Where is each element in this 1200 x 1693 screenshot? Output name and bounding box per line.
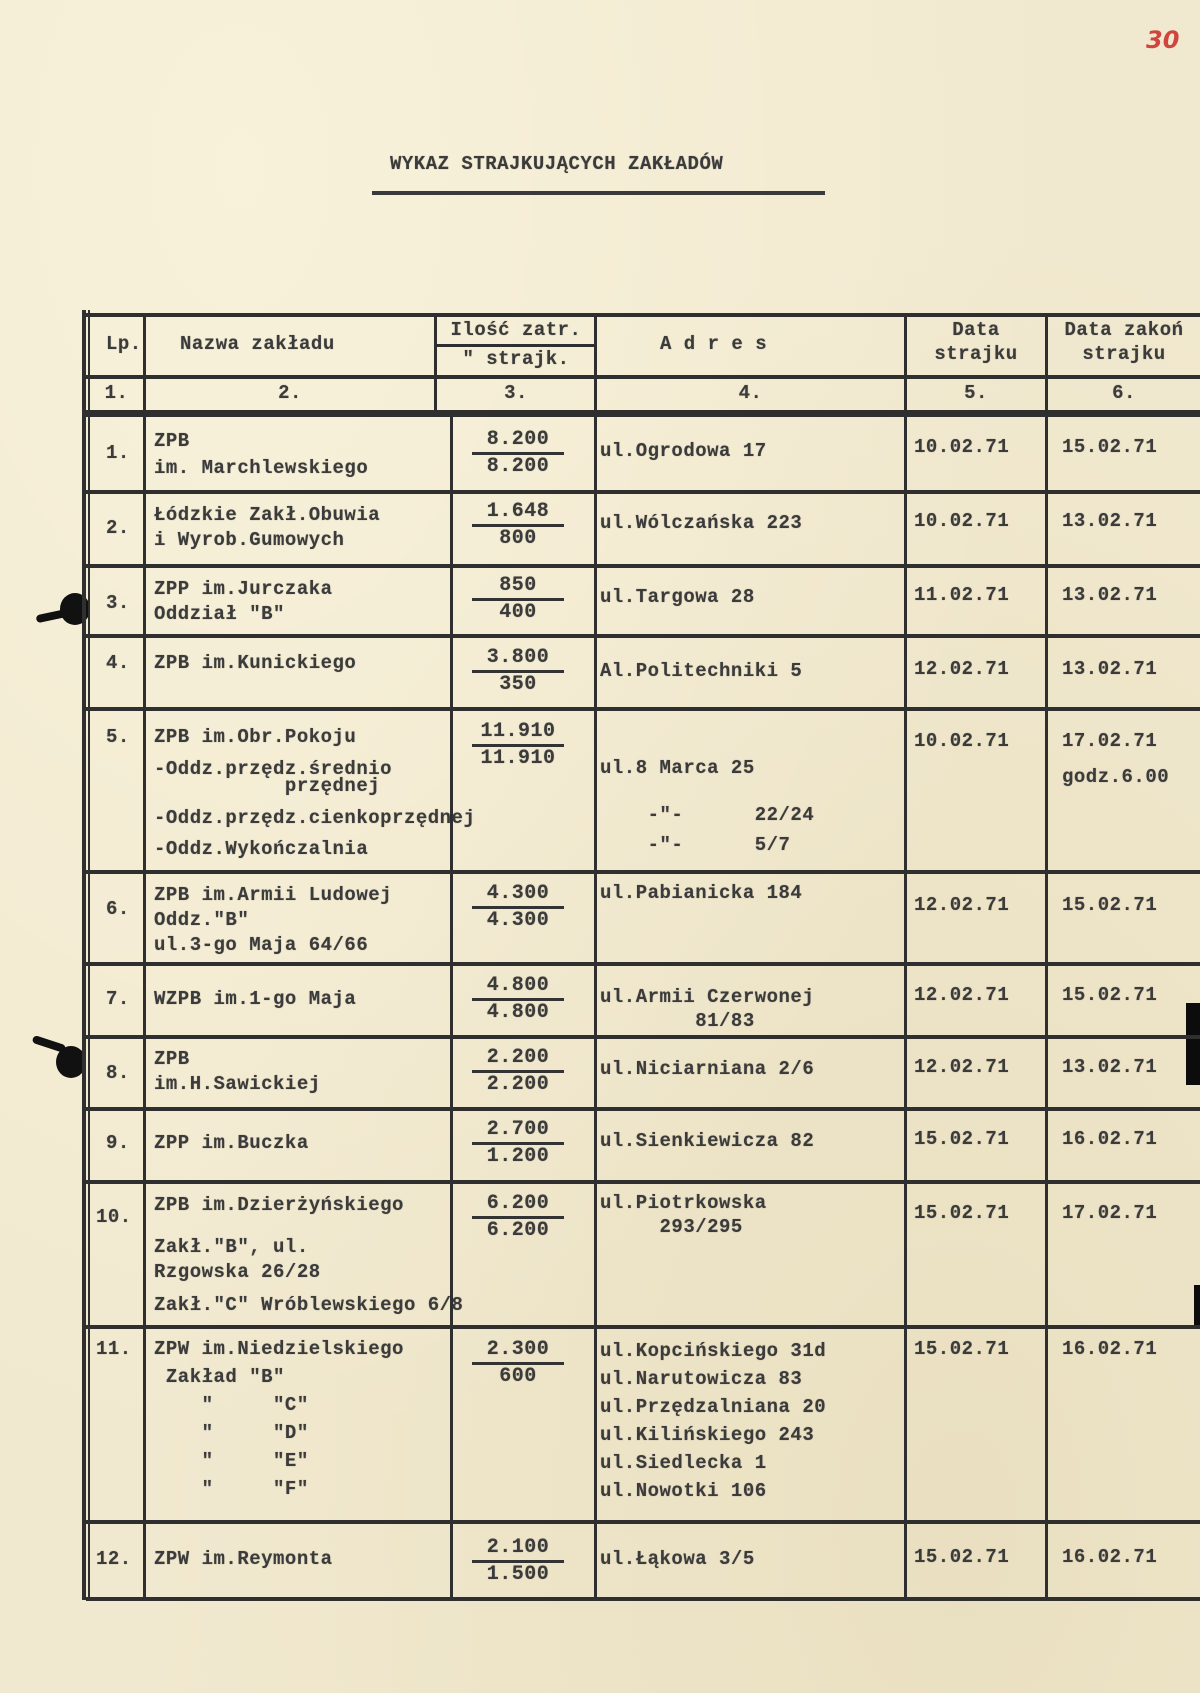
employed-count: 2.200 (468, 1046, 568, 1070)
row-address: ul.Kilińskiego 243 (600, 1422, 814, 1449)
row-end-date: 16.02.71 (1062, 1126, 1157, 1153)
row-lp: 1. (106, 440, 130, 467)
row-name: -Oddz.przędz.cienkoprzędnej (154, 805, 475, 832)
employee-fraction: 3.800350 (468, 646, 568, 697)
row-name: WZPB im.1-go Maja (154, 986, 356, 1013)
row-address: ul.Targowa 28 (600, 584, 755, 611)
row-end-date: 13.02.71 (1062, 1054, 1157, 1081)
row-address: ul.Kopcińskiego 31d (600, 1338, 826, 1365)
row-name: ZPB im.Dzierżyńskiego (154, 1192, 404, 1219)
row-start-date: 10.02.71 (914, 728, 1009, 755)
row-end-date: 13.02.71 (1062, 508, 1157, 535)
employee-fraction: 2.7001.200 (468, 1118, 568, 1169)
row-divider (86, 1520, 1200, 1524)
column-divider (450, 413, 453, 1600)
row-lp: 2. (106, 515, 130, 542)
row-end-date: 13.02.71 (1062, 582, 1157, 609)
row-address: ul.8 Marca 25 (600, 755, 755, 782)
row-name: Oddz."B" (154, 907, 249, 934)
header-address: A d r e s (660, 332, 767, 357)
row-start-date: 12.02.71 (914, 892, 1009, 919)
row-start-date: 15.02.71 (914, 1126, 1009, 1153)
employee-fraction: 2.1001.500 (468, 1536, 568, 1587)
employed-count: 6.200 (468, 1192, 568, 1216)
row-start-date: 10.02.71 (914, 508, 1009, 535)
row-divider (86, 1107, 1200, 1111)
employed-count: 850 (468, 574, 568, 598)
header-striking: " strajk. (437, 347, 595, 372)
striking-count: 11.910 (468, 747, 568, 771)
header-end-date: Data zakoń (1048, 318, 1200, 343)
employed-count: 4.800 (468, 974, 568, 998)
document-title: WYKAZ STRAJKUJĄCYCH ZAKŁADÓW (390, 153, 723, 175)
row-end-date: 17.02.71 (1062, 1200, 1157, 1227)
column-number: 3. (437, 380, 595, 407)
title-underline (372, 191, 825, 195)
row-name: " "C" (154, 1392, 309, 1419)
row-end-date: 15.02.71 (1062, 434, 1157, 461)
row-name: Rzgowska 26/28 (154, 1259, 321, 1286)
row-address: ul.Wólczańska 223 (600, 510, 802, 537)
row-start-date: 12.02.71 (914, 1054, 1009, 1081)
employed-count: 11.910 (468, 720, 568, 744)
employee-fraction: 1.648800 (468, 500, 568, 551)
row-lp: 9. (106, 1130, 130, 1157)
column-divider (1045, 315, 1048, 1600)
header-start-date: Data (907, 318, 1045, 343)
row-divider (86, 1035, 1200, 1039)
row-end-date: 17.02.71 (1062, 728, 1157, 755)
row-name: Oddział "B" (154, 601, 285, 628)
row-lp: 6. (106, 896, 130, 923)
row-name: ZPB im.Kunickiego (154, 650, 356, 677)
column-divider (143, 315, 146, 1600)
row-start-date: 15.02.71 (914, 1336, 1009, 1363)
employee-fraction: 850400 (468, 574, 568, 625)
row-name: " "F" (154, 1476, 309, 1503)
row-lp: 5. (106, 724, 130, 751)
row-start-date: 12.02.71 (914, 656, 1009, 683)
row-divider (86, 1180, 1200, 1184)
row-name: ul.3-go Maja 64/66 (154, 932, 368, 959)
row-name: i Wyrob.Gumowych (154, 527, 344, 554)
row-lp: 3. (106, 590, 130, 617)
employed-count: 2.100 (468, 1536, 568, 1560)
row-name: im. Marchlewskiego (154, 455, 368, 482)
employee-fraction: 4.3004.300 (468, 882, 568, 933)
employed-count: 8.200 (468, 428, 568, 452)
header-start-date-2: strajku (907, 342, 1045, 367)
row-divider (86, 564, 1200, 568)
employee-fraction: 4.8004.800 (468, 974, 568, 1025)
row-lp: 7. (106, 986, 130, 1013)
header-lp: Lp. (106, 332, 142, 357)
row-name: przędnej (154, 773, 380, 800)
row-divider (86, 375, 1200, 379)
employee-fraction: 6.2006.200 (468, 1192, 568, 1243)
row-start-date: 10.02.71 (914, 434, 1009, 461)
column-number: 1. (90, 380, 143, 407)
striking-count: 4.800 (468, 1001, 568, 1025)
row-address: ul.Niciarniana 2/6 (600, 1056, 814, 1083)
striking-count: 2.200 (468, 1073, 568, 1097)
row-end-date: 16.02.71 (1062, 1336, 1157, 1363)
row-name: ZPW im.Niedzielskiego (154, 1336, 404, 1363)
row-name: ZPP im.Jurczaka (154, 576, 333, 603)
edge-tear (1194, 1285, 1200, 1325)
column-divider (904, 315, 907, 1600)
row-address: ul.Ogrodowa 17 (600, 438, 767, 465)
row-name: " "D" (154, 1420, 309, 1447)
row-lp: 10. (96, 1204, 132, 1231)
row-address: 293/295 (600, 1214, 743, 1241)
row-address: Al.Politechniki 5 (600, 658, 802, 685)
employee-fraction: 11.91011.910 (468, 720, 568, 771)
striking-count: 1.500 (468, 1563, 568, 1587)
employed-count: 4.300 (468, 882, 568, 906)
row-end-date: 16.02.71 (1062, 1544, 1157, 1571)
row-end-date: 13.02.71 (1062, 656, 1157, 683)
row-name: Zakł."C" Wróblewskiego 6/8 (154, 1292, 463, 1319)
row-start-date: 12.02.71 (914, 982, 1009, 1009)
striking-count: 400 (468, 601, 568, 625)
row-divider (86, 1597, 1200, 1601)
row-address: ul.Łąkowa 3/5 (600, 1546, 755, 1573)
punch-hole-tear (36, 609, 69, 623)
row-name: " "E" (154, 1448, 309, 1475)
page-number: 30 (1146, 26, 1179, 54)
column-number: 5. (907, 380, 1045, 407)
row-divider (86, 962, 1200, 966)
row-lp: 11. (96, 1336, 132, 1363)
row-divider (86, 707, 1200, 711)
row-end-time: godz.6.00 (1062, 764, 1169, 791)
employed-count: 2.300 (468, 1338, 568, 1362)
row-address: ul.Piotrkowska (600, 1190, 767, 1217)
row-divider (86, 870, 1200, 874)
row-end-date: 15.02.71 (1062, 892, 1157, 919)
column-number: 2. (146, 380, 434, 407)
row-name: ZPB (154, 428, 190, 455)
row-divider (86, 313, 1200, 317)
row-name: Łódzkie Zakł.Obuwia (154, 502, 380, 529)
row-address: ul.Armii Czerwonej (600, 984, 814, 1011)
header-employed: Ilość zatr. (437, 318, 595, 343)
striking-count: 600 (468, 1365, 568, 1389)
row-name: -Oddz.Wykończalnia (154, 836, 368, 863)
employee-fraction: 2.300600 (468, 1338, 568, 1389)
row-lp: 12. (96, 1546, 132, 1573)
row-address: ul.Sienkiewicza 82 (600, 1128, 814, 1155)
row-divider (86, 490, 1200, 494)
row-divider (86, 634, 1200, 638)
row-start-date: 11.02.71 (914, 582, 1009, 609)
column-number: 4. (597, 380, 904, 407)
row-divider (86, 410, 1200, 417)
striking-count: 350 (468, 673, 568, 697)
row-name: ZPB im.Armii Ludowej (154, 882, 392, 909)
striking-count: 8.200 (468, 455, 568, 479)
header-end-date-2: strajku (1048, 342, 1200, 367)
employee-fraction: 2.2002.200 (468, 1046, 568, 1097)
row-name: Zakł."B", ul. (154, 1234, 309, 1261)
header-name: Nazwa zakładu (180, 332, 335, 357)
row-name: ZPB (154, 1046, 190, 1073)
row-name: ZPW im.Reymonta (154, 1546, 333, 1573)
table-border (88, 310, 90, 1600)
column-number: 6. (1048, 380, 1200, 407)
row-name: im.H.Sawickiej (154, 1071, 321, 1098)
row-name: ZPP im.Buczka (154, 1130, 309, 1157)
row-address: -"- 5/7 (600, 832, 790, 859)
striking-count: 1.200 (468, 1145, 568, 1169)
row-address: -"- 22/24 (600, 802, 814, 829)
employed-count: 3.800 (468, 646, 568, 670)
row-address: ul.Narutowicza 83 (600, 1366, 802, 1393)
row-end-date: 15.02.71 (1062, 982, 1157, 1009)
striking-count: 6.200 (468, 1219, 568, 1243)
row-address: 81/83 (600, 1008, 755, 1035)
striking-count: 800 (468, 527, 568, 551)
table-border (82, 310, 86, 1600)
employed-count: 1.648 (468, 500, 568, 524)
column-divider (594, 315, 597, 1600)
row-address: ul.Przędzalniana 20 (600, 1394, 826, 1421)
row-address: ul.Pabianicka 184 (600, 880, 802, 907)
edge-tear (1186, 1003, 1200, 1085)
punch-hole-tear (32, 1035, 67, 1053)
row-name: Zakład "B" (154, 1364, 285, 1391)
row-address: ul.Nowotki 106 (600, 1478, 767, 1505)
employee-fraction: 8.2008.200 (468, 428, 568, 479)
striking-count: 4.300 (468, 909, 568, 933)
row-start-date: 15.02.71 (914, 1544, 1009, 1571)
employed-count: 2.700 (468, 1118, 568, 1142)
row-address: ul.Siedlecka 1 (600, 1450, 767, 1477)
row-lp: 8. (106, 1060, 130, 1087)
row-lp: 4. (106, 650, 130, 677)
row-start-date: 15.02.71 (914, 1200, 1009, 1227)
row-name: ZPB im.Obr.Pokoju (154, 724, 356, 751)
row-divider (86, 1325, 1200, 1329)
